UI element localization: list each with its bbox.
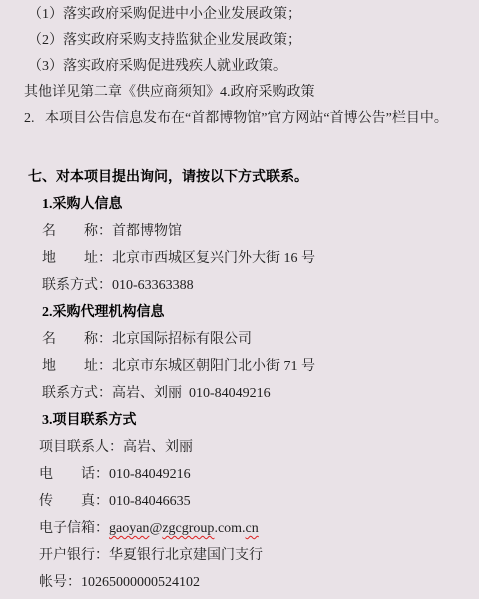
email-at-sign: @ bbox=[149, 521, 162, 536]
project-fax: 传 真：010-84046635 bbox=[39, 488, 479, 515]
project-telephone: 电 话：010-84049216 bbox=[39, 461, 479, 488]
email-domain: zgcgroup bbox=[162, 521, 214, 536]
agency-address: 地 址：北京市东城区朝阳门北小街 71 号 bbox=[42, 353, 479, 380]
email-dot-com: .com. bbox=[214, 521, 245, 536]
project-contact-title: 3.项目联系方式 bbox=[42, 407, 479, 434]
agency-info-title: 2.采购代理机构信息 bbox=[42, 299, 479, 326]
policy-note: 其他详见第二章《供应商须知》4.政府采购政策 bbox=[24, 80, 479, 106]
project-email-line: 电子信箱：gaoyan@zgcgroup.com.cn bbox=[39, 515, 479, 542]
purchaser-name: 名 称：首都博物馆 bbox=[42, 218, 479, 245]
email-user: gaoyan bbox=[109, 521, 149, 536]
document-background: { "page": { "background_color": "#e9e2e7… bbox=[0, 0, 479, 599]
email-tld: cn bbox=[246, 521, 259, 536]
agency-phone: 联系方式：高岩、刘丽 010-84049216 bbox=[42, 380, 479, 407]
email-label: 电子信箱： bbox=[39, 521, 109, 536]
agency-name: 名 称：北京国际招标有限公司 bbox=[42, 326, 479, 353]
project-contact-person: 项目联系人：高岩、刘丽 bbox=[39, 434, 479, 461]
purchaser-address: 地 址：北京市西城区复兴门外大街 16 号 bbox=[42, 245, 479, 272]
account-line: 帐号：10265000000524102 bbox=[39, 569, 479, 596]
bank-line: 开户银行：华夏银行北京建国门支行 bbox=[39, 542, 479, 569]
policy-item-3: （3）落实政府采购促进残疾人就业政策。 bbox=[28, 54, 479, 80]
procurement-notice-document: （1）落实政府采购促进中小企业发展政策； （2）落实政府采购支持监狱企业发展政策… bbox=[0, 0, 479, 596]
policy-item-1: （1）落实政府采购促进中小企业发展政策； bbox=[28, 2, 479, 28]
purchaser-info-title: 1.采购人信息 bbox=[42, 191, 479, 218]
purchaser-phone: 联系方式：010-63363388 bbox=[42, 272, 479, 299]
contact-section-heading: 七、对本项目提出询问，请按以下方式联系。 bbox=[28, 164, 479, 191]
announcement-line: 2. 本项目公告信息发布在“首都博物馆”官方网站“首博公告”栏目中。 bbox=[24, 106, 479, 132]
policy-item-2: （2）落实政府采购支持监狱企业发展政策； bbox=[28, 28, 479, 54]
